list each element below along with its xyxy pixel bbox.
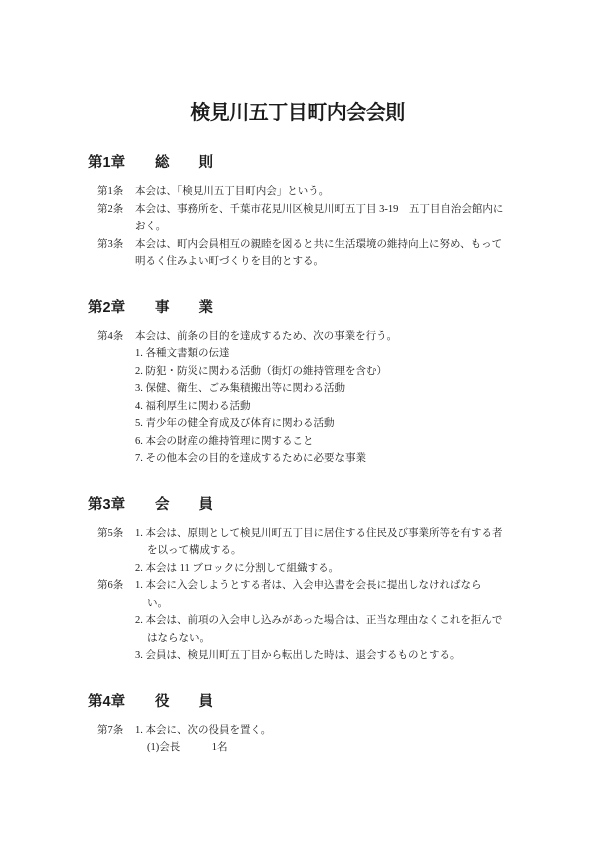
article-text-line: 3. 会員は、検見川町五丁目から転出した時は、退会するものとする。: [135, 647, 595, 665]
chapter-heading: 第1章総 則: [88, 153, 595, 173]
article: 第7条1. 本会に、次の役員を置く。(1)会長 1名: [97, 722, 595, 757]
article-text-line: 1. 本会に、次の役員を置く。: [135, 722, 595, 740]
article-text-line: 4. 福利厚生に関わる活動: [135, 398, 595, 416]
article: 第2条本会は、事務所を、千葉市花見川区検見川町五丁目 3-19 五丁目自治会館内…: [97, 201, 595, 236]
article-body: 1. 本会に入会しようとする者は、入会申込書を会長に提出しなければならい。2. …: [135, 577, 595, 665]
article-text-line: (1)会長 1名: [135, 739, 595, 757]
document-page: 検見川五丁目町内会会則 第1章総 則第1条本会は、「検見川五丁目町内会」という。…: [0, 0, 595, 842]
chapter-name: 会 員: [155, 497, 213, 513]
article-number-label: 第1条: [97, 183, 135, 201]
chapter-section: 第2章事 業第4条本会は、前条の目的を達成するため、次の事業を行う。1. 各種文…: [0, 298, 595, 468]
chapter-number: 第1章: [88, 153, 155, 173]
article-text-line: はならない。: [135, 630, 595, 648]
chapter-section: 第3章会 員第5条1. 本会は、原則として検見川町五丁目に居住する住民及び事業所…: [0, 495, 595, 665]
chapter-number: 第3章: [88, 495, 155, 515]
article: 第5条1. 本会は、原則として検見川町五丁目に居住する住民及び事業所等を有する者…: [97, 525, 595, 578]
chapter-number: 第4章: [88, 692, 155, 712]
article-text-line: 本会は、「検見川五丁目町内会」という。: [135, 183, 595, 201]
article-text-line: 2. 本会は、前項の入会申し込みがあった場合は、正当な理由なくこれを拒んで: [135, 612, 595, 630]
article-text-line: 2. 本会は 11 ブロックに分割して組織する。: [135, 560, 595, 578]
article: 第1条本会は、「検見川五丁目町内会」という。: [97, 183, 595, 201]
article-number-label: 第6条: [97, 577, 135, 665]
article-number-label: 第3条: [97, 236, 135, 271]
article-text-line: 1. 各種文書類の伝達: [135, 345, 595, 363]
article: 第3条本会は、町内会員相互の親睦を図ると共に生活環境の維持向上に努め、もって明る…: [97, 236, 595, 271]
article-number-label: 第2条: [97, 201, 135, 236]
article-text-line: 明るく住みよい町づくりを目的とする。: [135, 253, 595, 271]
chapter-heading: 第4章役 員: [88, 692, 595, 712]
chapter-name: 役 員: [155, 694, 213, 710]
article-text-line: 6. 本会の財産の維持管理に関すること: [135, 433, 595, 451]
article-text-line: 2. 防犯・防災に関わる活動（街灯の維持管理を含む）: [135, 363, 595, 381]
article-number-label: 第5条: [97, 525, 135, 578]
article-text-line: い。: [135, 595, 595, 613]
chapter-name: 事 業: [155, 300, 213, 316]
article-text-line: 7. その他本会の目的を達成するために必要な事業: [135, 450, 595, 468]
article-text-line: 本会は、事務所を、千葉市花見川区検見川町五丁目 3-19 五丁目自治会館内に: [135, 201, 595, 219]
article-text-line: 5. 青少年の健全育成及び体育に関わる活動: [135, 415, 595, 433]
article-body: 本会は、前条の目的を達成するため、次の事業を行う。1. 各種文書類の伝達2. 防…: [135, 328, 595, 468]
article-text-line: 1. 本会に入会しようとする者は、入会申込書を会長に提出しなければなら: [135, 577, 595, 595]
document-title: 検見川五丁目町内会会則: [0, 100, 595, 126]
chapter-number: 第2章: [88, 298, 155, 318]
article-body: 1. 本会は、原則として検見川町五丁目に居住する住民及び事業所等を有する者を以っ…: [135, 525, 595, 578]
article-text-line: を以って構成する。: [135, 542, 595, 560]
article-number-label: 第4条: [97, 328, 135, 468]
chapter-name: 総 則: [155, 155, 213, 171]
article-body: 本会は、事務所を、千葉市花見川区検見川町五丁目 3-19 五丁目自治会館内におく…: [135, 201, 595, 236]
chapter-section: 第1章総 則第1条本会は、「検見川五丁目町内会」という。第2条本会は、事務所を、…: [0, 153, 595, 271]
article: 第6条1. 本会に入会しようとする者は、入会申込書を会長に提出しなければならい。…: [97, 577, 595, 665]
article-text-line: おく。: [135, 218, 595, 236]
article-text-line: 本会は、町内会員相互の親睦を図ると共に生活環境の維持向上に努め、もって: [135, 236, 595, 254]
article-text-line: 3. 保健、衛生、ごみ集積搬出等に関わる活動: [135, 380, 595, 398]
chapter-section: 第4章役 員第7条1. 本会に、次の役員を置く。(1)会長 1名: [0, 692, 595, 757]
chapters-container: 第1章総 則第1条本会は、「検見川五丁目町内会」という。第2条本会は、事務所を、…: [0, 153, 595, 757]
article-number-label: 第7条: [97, 722, 135, 757]
chapter-heading: 第3章会 員: [88, 495, 595, 515]
article-text-line: 1. 本会は、原則として検見川町五丁目に居住する住民及び事業所等を有する者: [135, 525, 595, 543]
article-body: 1. 本会に、次の役員を置く。(1)会長 1名: [135, 722, 595, 757]
article-body: 本会は、町内会員相互の親睦を図ると共に生活環境の維持向上に努め、もって明るく住み…: [135, 236, 595, 271]
article: 第4条本会は、前条の目的を達成するため、次の事業を行う。1. 各種文書類の伝達2…: [97, 328, 595, 468]
article-text-line: 本会は、前条の目的を達成するため、次の事業を行う。: [135, 328, 595, 346]
chapter-heading: 第2章事 業: [88, 298, 595, 318]
article-body: 本会は、「検見川五丁目町内会」という。: [135, 183, 595, 201]
